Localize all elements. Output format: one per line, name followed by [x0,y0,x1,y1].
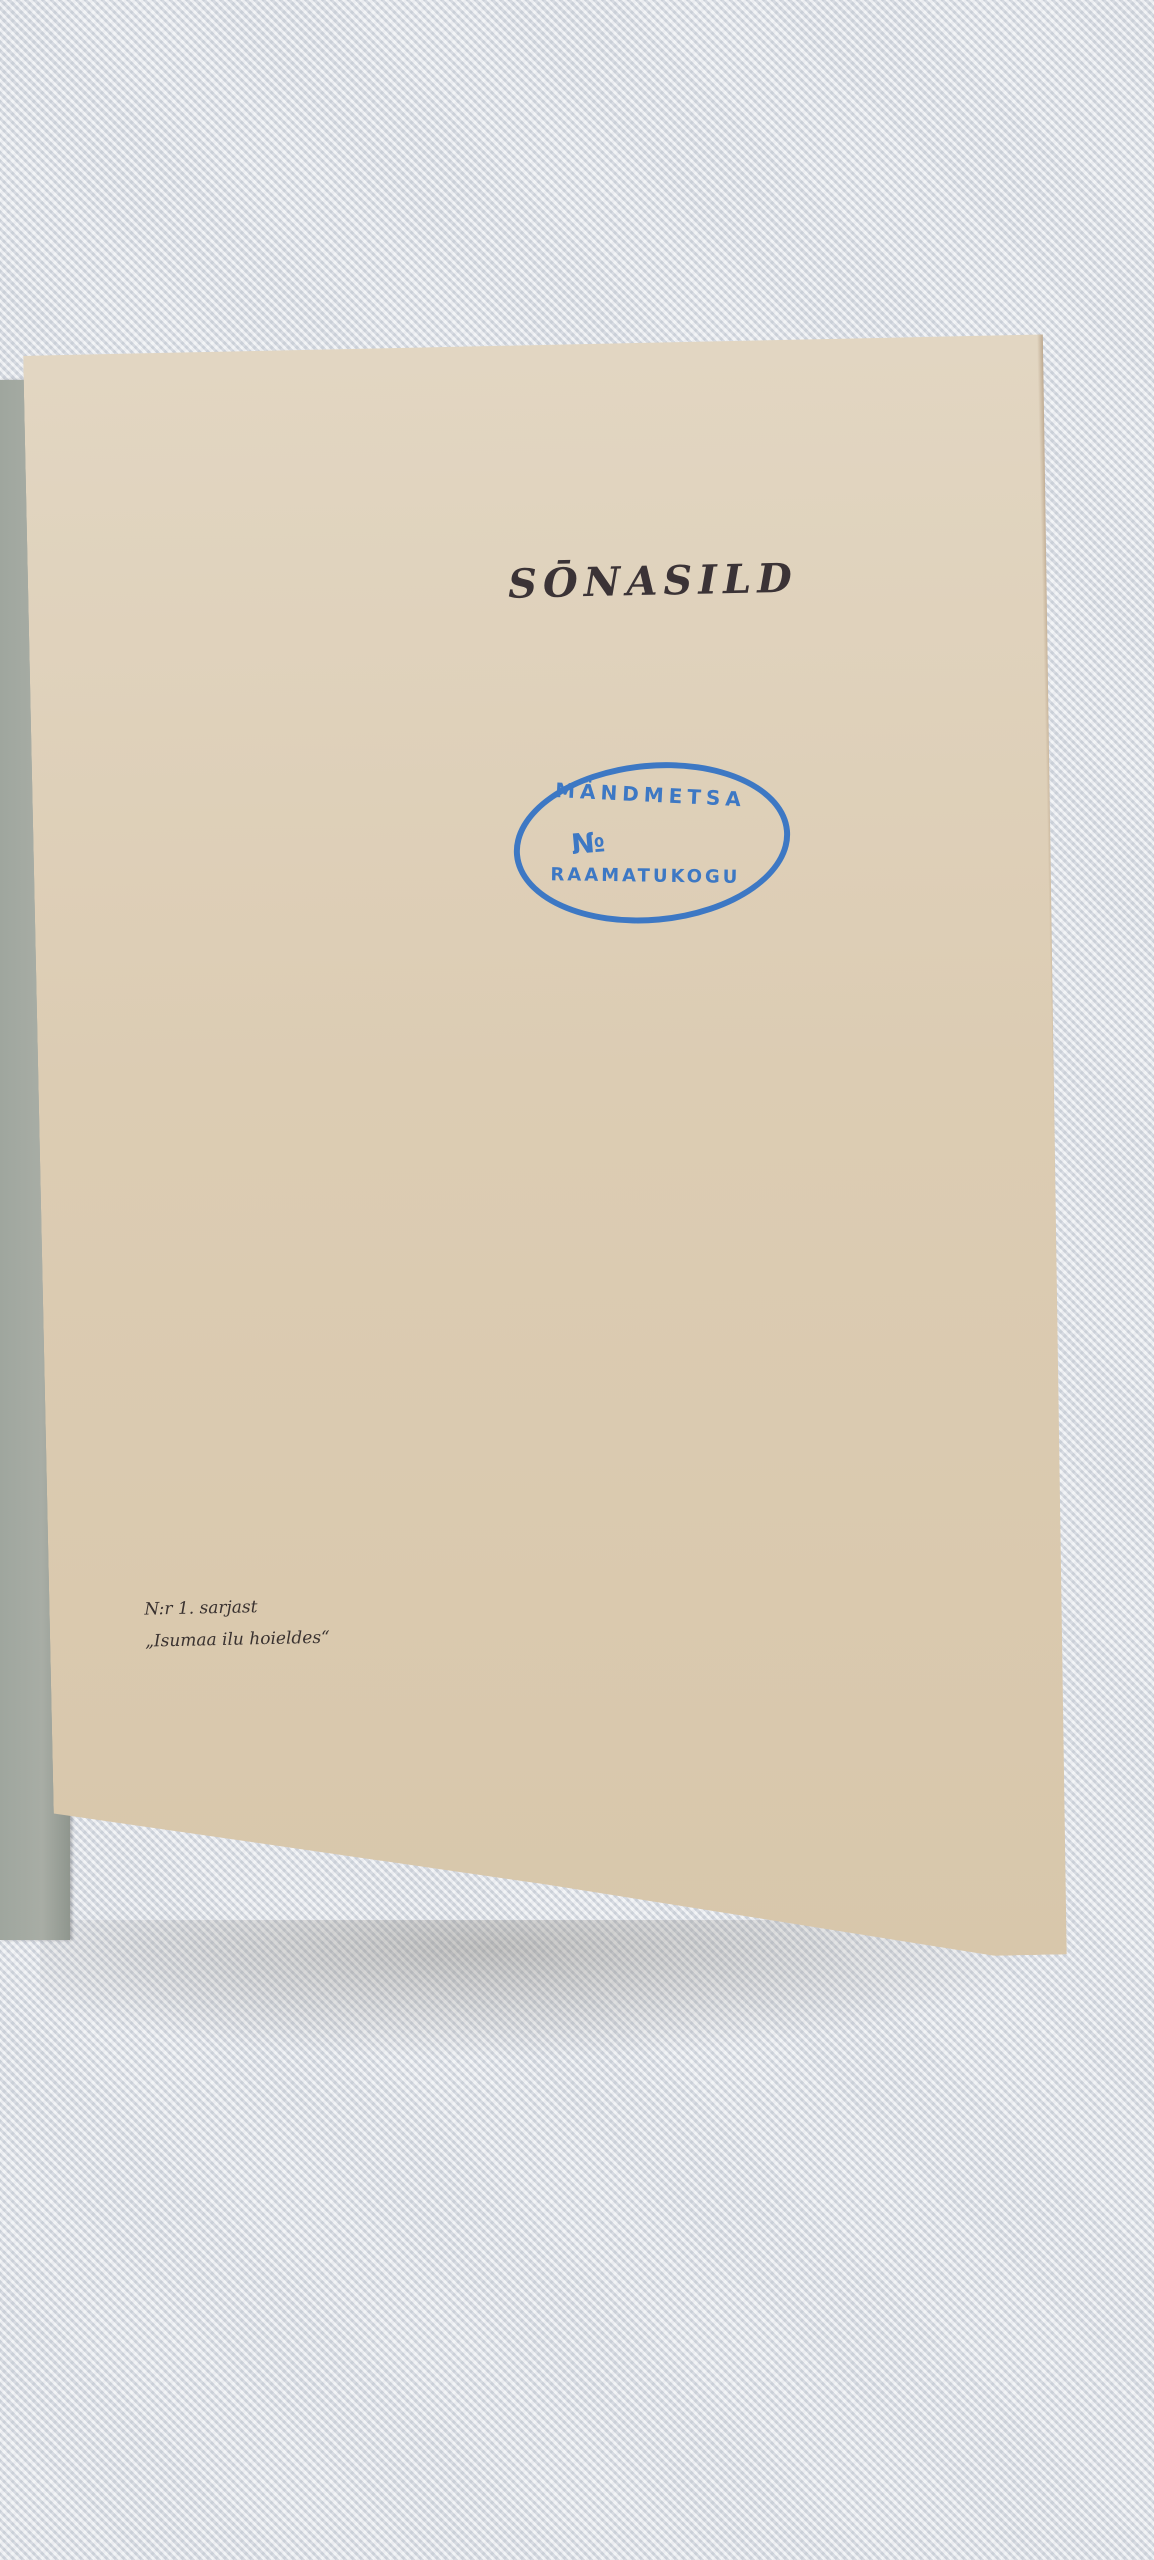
stamp-number-label: № [570,825,607,861]
photo-scene: SŌNASILD MÄNDMETSA № RAAMATUKOGU N:r 1. … [0,0,1154,2560]
book-shadow [40,1920,1040,2060]
series-line-1: N:r 1. sarjast [144,1590,329,1626]
book-title-page: SŌNASILD MÄNDMETSA № RAAMATUKOGU N:r 1. … [23,334,1077,1975]
stamp-bottom-text: RAAMATUKOGU [550,864,740,888]
library-stamp: MÄNDMETSA № RAAMATUKOGU [507,751,797,935]
book-title: SŌNASILD [508,555,799,608]
series-line-2: „Isumaa ilu hoieldes“ [145,1622,330,1658]
series-note: N:r 1. sarjast „Isumaa ilu hoieldes“ [144,1590,330,1658]
stamp-top-text: MÄNDMETSA [555,778,747,811]
